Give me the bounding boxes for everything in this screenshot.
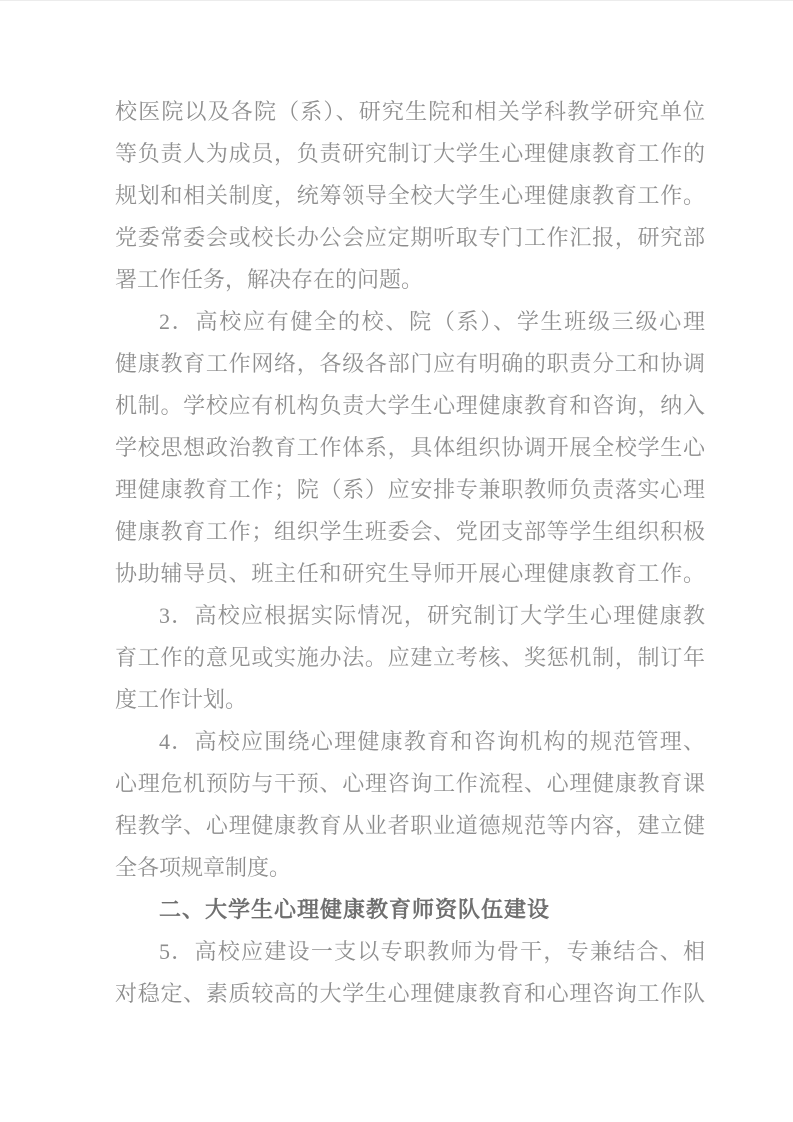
text-line: 对稳定、素质较高的大学生心理健康教育和心理咨询工作队 [115,973,705,1015]
text-line: 机制。学校应有机构负责大学生心理健康教育和咨询，纳入 [115,385,705,427]
paragraph-5: 5．高校应建设一支以专职教师为骨干，专兼结合、相对稳定、素质较高的大学生心理健康… [115,931,705,1015]
text-line: 健康教育工作网络，各级各部门应有明确的职责分工和协调 [115,343,705,385]
text-line: 心理危机预防与干预、心理咨询工作流程、心理健康教育课 [115,763,705,805]
text-line: 4．高校应围绕心理健康教育和咨询机构的规范管理、 [115,721,705,763]
text-line: 程教学、心理健康教育从业者职业道德规范等内容，建立健 [115,805,705,847]
paragraph-1-continued: 校医院以及各院（系）、研究生院和相关学科教学研究单位等负责人为成员，负责研究制订… [115,91,705,301]
document-page: 校医院以及各院（系）、研究生院和相关学科教学研究单位等负责人为成员，负责研究制订… [0,0,793,1122]
text-line: 协助辅导员、班主任和研究生导师开展心理健康教育工作。 [115,553,705,595]
paragraph-2: 2．高校应有健全的校、院（系）、学生班级三级心理健康教育工作网络，各级各部门应有… [115,301,705,595]
text-line: 度工作计划。 [115,679,705,721]
text-line: 理健康教育工作；院（系）应安排专兼职教师负责落实心理 [115,469,705,511]
section-heading-2: 二、大学生心理健康教育师资队伍建设 [115,889,705,931]
text-line: 署工作任务，解决存在的问题。 [115,259,705,301]
paragraph-3: 3．高校应根据实际情况，研究制订大学生心理健康教育工作的意见或实施办法。应建立考… [115,595,705,721]
text-line: 党委常委会或校长办公会应定期听取专门工作汇报，研究部 [115,217,705,259]
text-line: 等负责人为成员，负责研究制订大学生心理健康教育工作的 [115,133,705,175]
text-line: 5．高校应建设一支以专职教师为骨干，专兼结合、相 [115,931,705,973]
text-line: 2．高校应有健全的校、院（系）、学生班级三级心理 [115,301,705,343]
text-line: 全各项规章制度。 [115,847,705,889]
paragraph-4: 4．高校应围绕心理健康教育和咨询机构的规范管理、心理危机预防与干预、心理咨询工作… [115,721,705,889]
heading-line: 二、大学生心理健康教育师资队伍建设 [115,889,705,931]
page-top-edge [0,0,793,1]
text-line: 规划和相关制度，统筹领导全校大学生心理健康教育工作。 [115,175,705,217]
text-line: 校医院以及各院（系）、研究生院和相关学科教学研究单位 [115,91,705,133]
text-line: 3．高校应根据实际情况，研究制订大学生心理健康教 [115,595,705,637]
text-line: 学校思想政治教育工作体系，具体组织协调开展全校学生心 [115,427,705,469]
text-line: 育工作的意见或实施办法。应建立考核、奖惩机制，制订年 [115,637,705,679]
text-line: 健康教育工作；组织学生班委会、党团支部等学生组织积极 [115,511,705,553]
document-body: 校医院以及各院（系）、研究生院和相关学科教学研究单位等负责人为成员，负责研究制订… [115,91,705,1015]
